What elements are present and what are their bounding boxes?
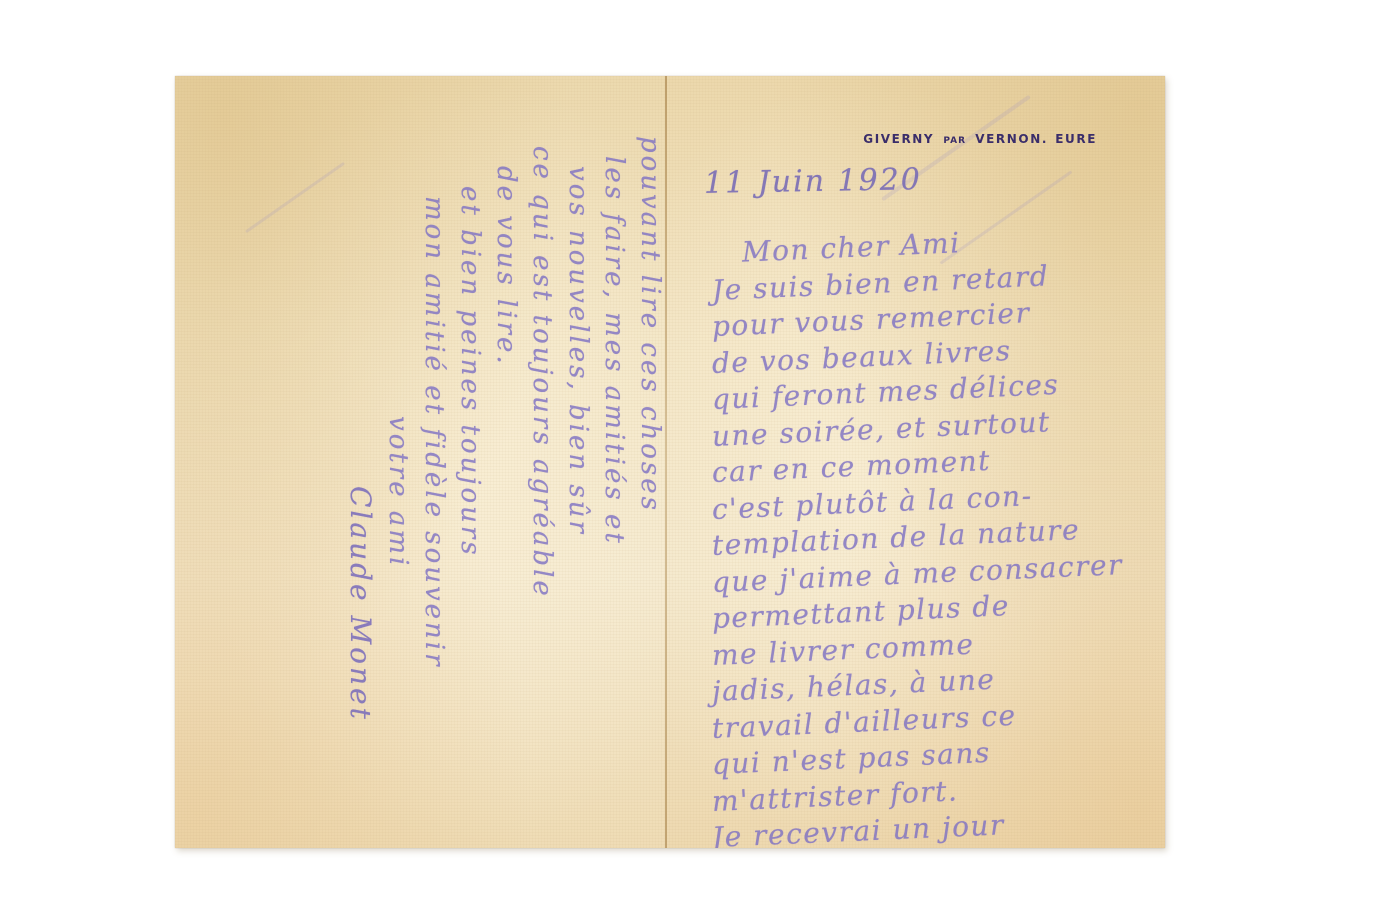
letter-body: Mon cher Ami Je suis bien en retard pour…	[712, 236, 1152, 848]
letterhead-town: VERNON	[975, 132, 1042, 146]
letterhead-connector: PAR	[943, 136, 966, 146]
right-page: GIVERNY PAR VERNON. EURE 11 Juin 1920 Mo…	[666, 76, 1165, 848]
vertical-line-3: vos nouvelles, bien sûr	[563, 166, 593, 536]
vertical-line-4: ce qui est toujours agréable	[527, 146, 557, 599]
vertical-line-5: de vous lire.	[491, 166, 521, 367]
letter-sheet: pouvant lire ces choses les faire, mes a…	[175, 76, 1165, 848]
letterhead-department: EURE	[1055, 132, 1097, 146]
signature: Claude Monet	[345, 486, 375, 722]
letterhead-separator: .	[1042, 132, 1048, 146]
left-page: pouvant lire ces choses les faire, mes a…	[175, 76, 666, 848]
vertical-line-8: votre ami	[383, 416, 413, 568]
vertical-line-2: les faire, mes amitiés et	[599, 156, 629, 546]
vertical-line-1: pouvant lire ces choses	[635, 136, 665, 513]
vertical-text-block: pouvant lire ces choses les faire, mes a…	[315, 136, 666, 816]
letter-date: 11 Juin 1920	[704, 162, 922, 201]
letterhead: GIVERNY PAR VERNON. EURE	[863, 128, 1097, 147]
vertical-line-6: et bien peines toujours	[455, 186, 485, 558]
letterhead-place: GIVERNY	[863, 132, 934, 146]
center-fold	[665, 76, 667, 848]
vertical-line-7: mon amitié et fidèle souvenir	[419, 196, 449, 669]
